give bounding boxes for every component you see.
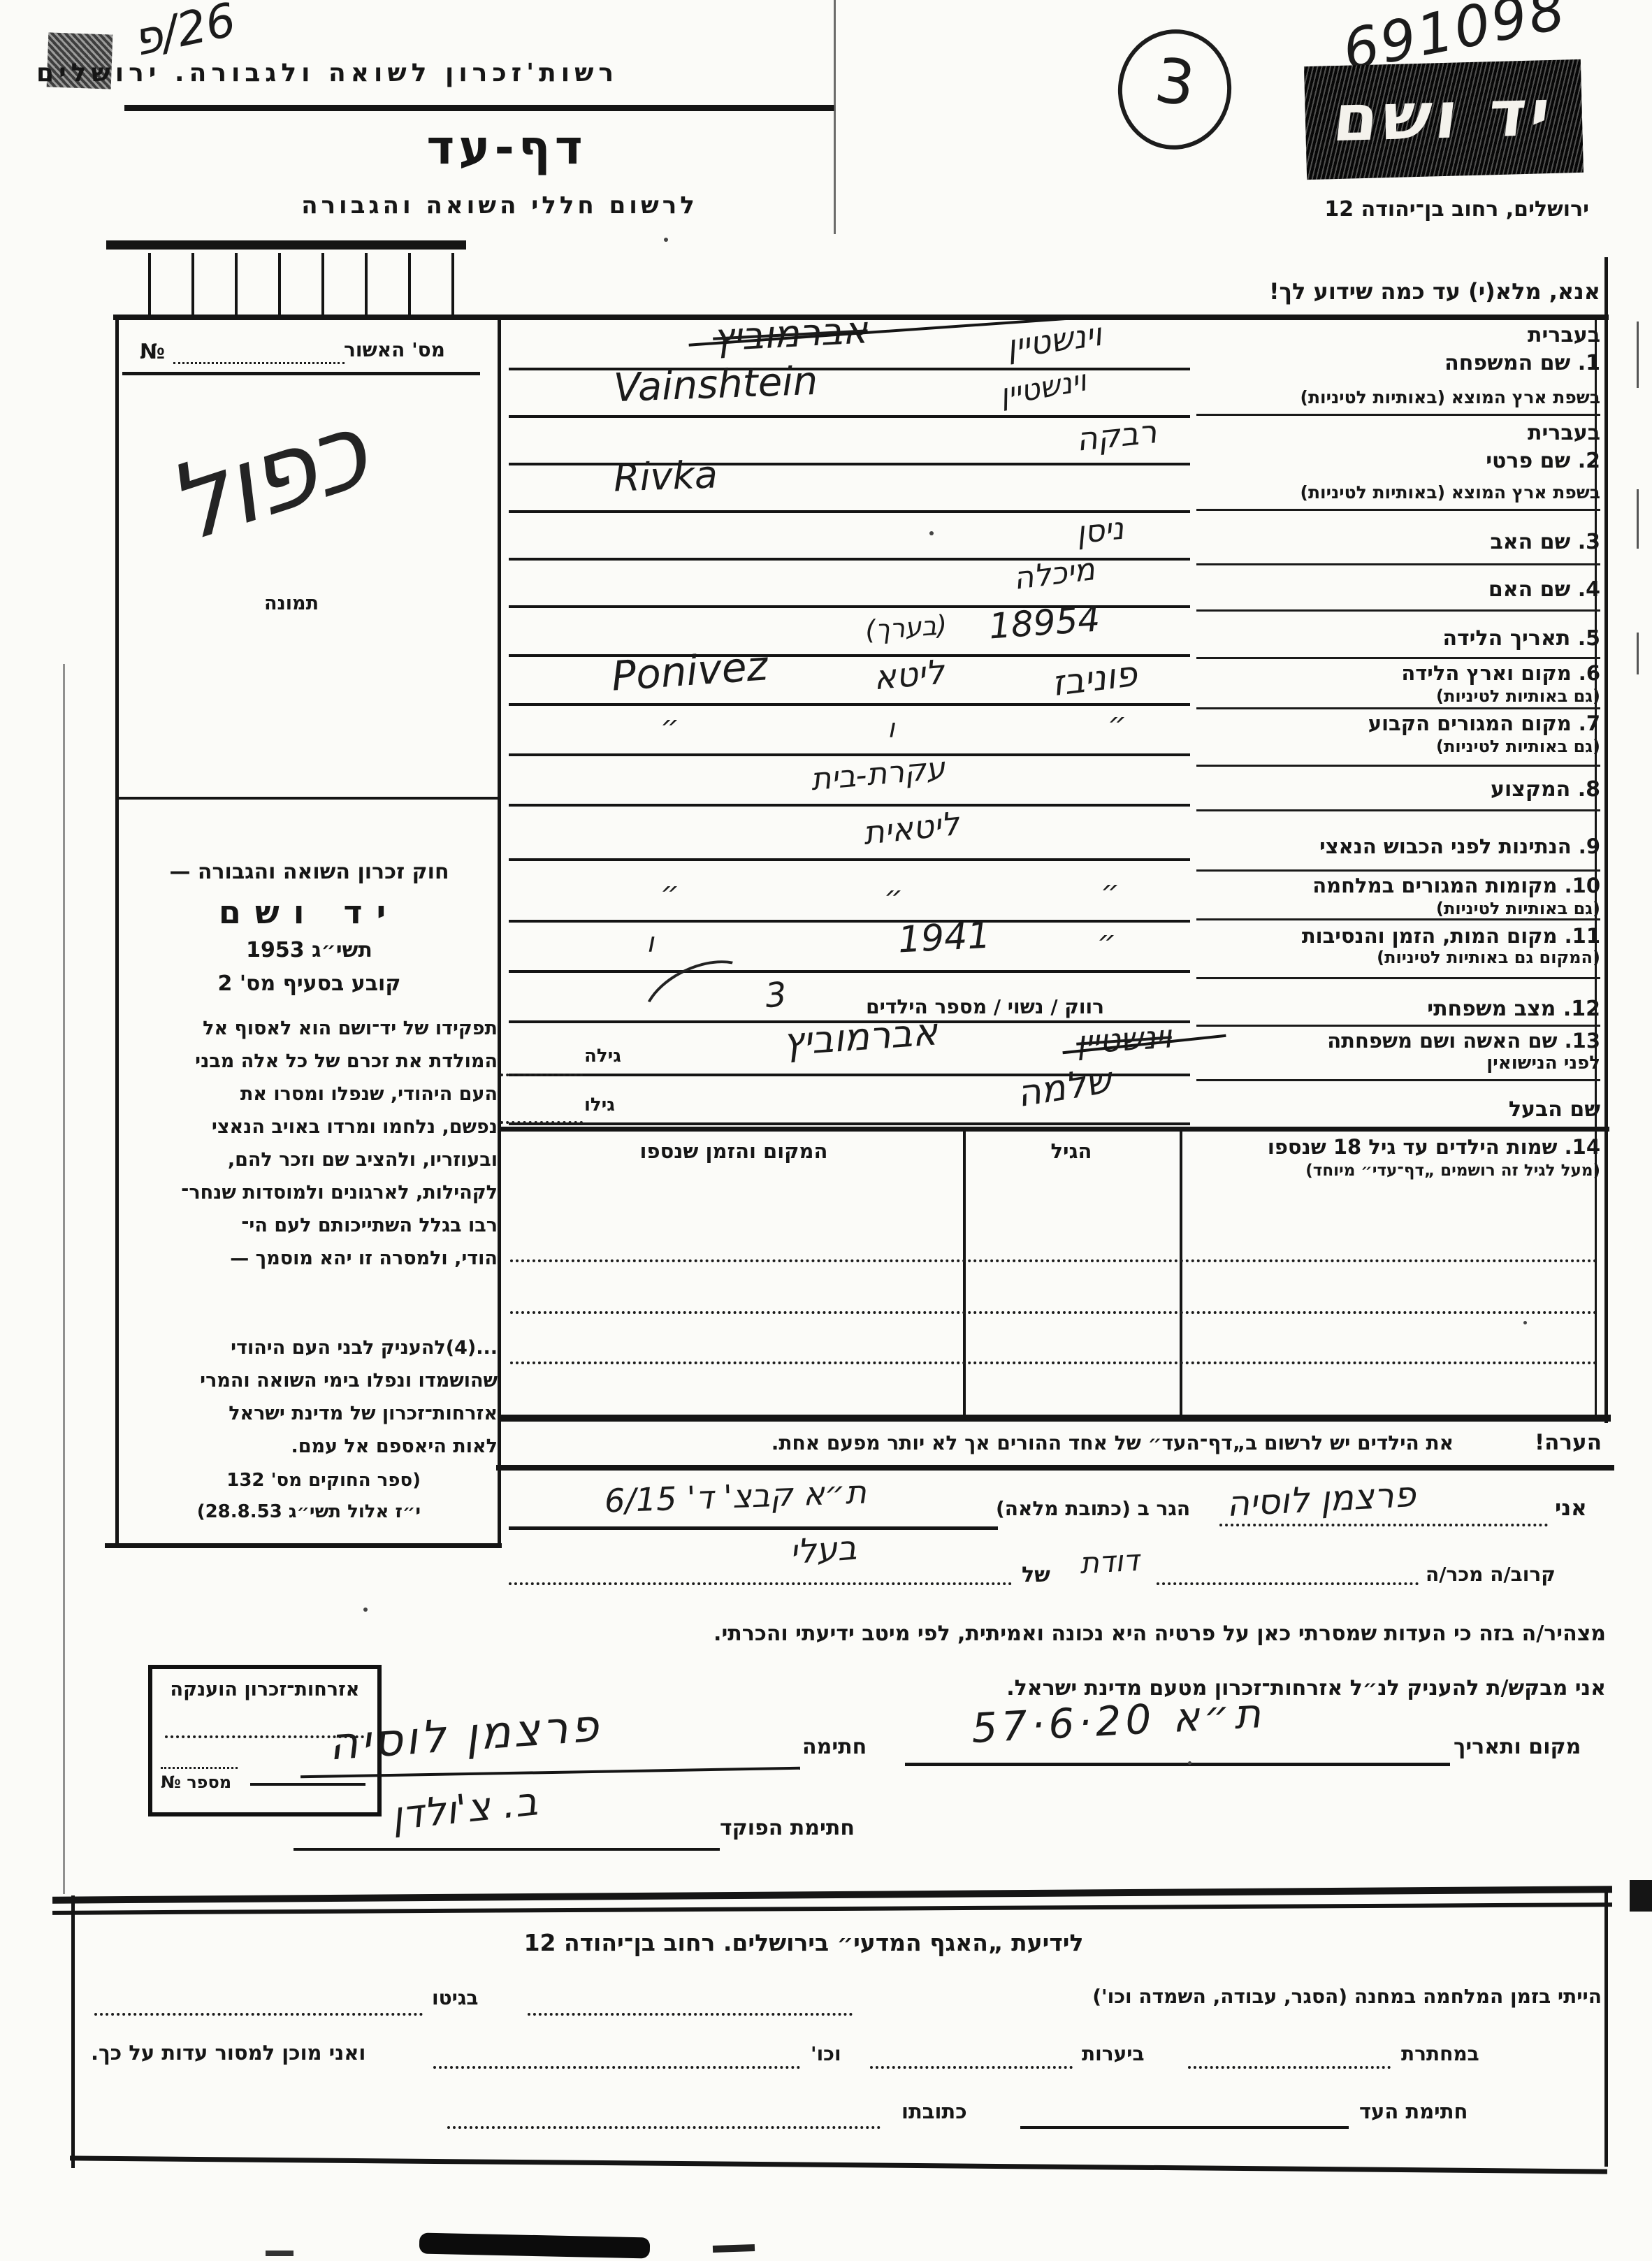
- approval-row-rule: [122, 372, 480, 375]
- scan-speck: [929, 531, 934, 535]
- approval-number-sign: №: [140, 340, 165, 364]
- nationality-handwriting: ליטאית: [862, 804, 961, 852]
- label-rule: [1196, 509, 1600, 511]
- ditto-mark: ״: [660, 875, 679, 909]
- birthplace-hebrew-handwriting: פוניבז: [1050, 653, 1139, 704]
- header-rule: [124, 105, 834, 111]
- scan-blot: [419, 2233, 651, 2259]
- husband-name-label: שם הבעל: [1196, 1097, 1600, 1122]
- etc-fill-line: [433, 2066, 800, 2069]
- surname-hebrew2-handwriting: וינשטיין: [997, 363, 1089, 412]
- law-reference: (ספר החוקים מס' 132 י״ז אלול תשי״ג 28.8.…: [120, 1465, 421, 1528]
- field11-label: 11. מקום המות, הזמן והנסיבות: [1196, 924, 1600, 948]
- answer-line: [509, 1122, 1190, 1125]
- field7-sublabel: (גם באותיות לטיניות): [1196, 737, 1600, 756]
- husband-age-label: גילו: [584, 1095, 615, 1115]
- death-year-handwriting: 1941: [897, 915, 992, 962]
- form-subtitle: לרשום חללי השואה והגבורה: [197, 192, 802, 219]
- field1-lang-note: בעברית: [1196, 323, 1600, 347]
- form-right-border-outer: [1604, 257, 1608, 1423]
- ditto-mark: ו: [887, 713, 894, 744]
- table-col-age-header: הגיל: [968, 1139, 1175, 1163]
- answer-line: [509, 415, 1190, 418]
- of-label: של: [1022, 1563, 1050, 1587]
- clerk-signature-label: חתימת הפוקד: [720, 1816, 855, 1840]
- section-separator2: [52, 1902, 1612, 1915]
- law-name: יד ושם: [122, 893, 496, 931]
- note-title: הערה!: [1468, 1430, 1602, 1455]
- field6-label: 6. מקום וארץ הלידה: [1196, 661, 1600, 685]
- ditto-mark: ״: [1101, 874, 1120, 908]
- label-rule: [1196, 657, 1600, 659]
- birthdate-approx-handwriting: (בערך): [864, 609, 948, 646]
- label-rule: [1196, 609, 1600, 612]
- children-count-handwriting: 3: [764, 975, 788, 1016]
- of-line: [509, 1582, 1012, 1585]
- label-rule: [1196, 414, 1600, 416]
- bottom-box-right-border: [1604, 1887, 1608, 2167]
- sidebar-bottom-rule: [105, 1543, 502, 1548]
- form-title: דף-עד: [391, 120, 622, 175]
- declarant-label: אני: [1555, 1496, 1587, 1521]
- declarant-address-handwriting: ת״א קבצ' ד' 6/15: [604, 1473, 867, 1519]
- scan-speck: [664, 238, 668, 242]
- ditto-mark: ״: [1097, 924, 1116, 958]
- declarant-name-line: [1219, 1524, 1548, 1526]
- firstname-latin-handwriting: Rivka: [613, 452, 718, 500]
- birthdate-handwriting: 18954: [987, 599, 1101, 647]
- field4-label: 4. שם האם: [1196, 577, 1600, 602]
- law-heading: חוק זכרון השואה והגבורה —: [122, 860, 496, 884]
- ditto-mark: ״: [1108, 706, 1126, 740]
- answer-line: [509, 804, 1190, 807]
- label-rule: [1196, 918, 1600, 920]
- table-row-line: [510, 1259, 1597, 1262]
- answer-line: [509, 920, 1190, 923]
- office-address: ירושלים, רחוב בן־יהודה 12: [1301, 197, 1589, 222]
- citizenship-number-dots: [161, 1767, 238, 1769]
- law-body-text: תפקידו של יד־ושם הוא לאסוף אל המולדת את …: [120, 1012, 498, 1275]
- answer-line: [509, 510, 1190, 513]
- declaration-statement2: אני מבקש/ת להעניק לנ״ל אזרחות־זכרון מטעם…: [503, 1676, 1606, 1700]
- field9-label: 9. הנתינות לפני הכבוש הנאצי: [1196, 835, 1600, 858]
- relation-handwriting: דודת: [1079, 1543, 1140, 1580]
- scan-speck: [1188, 1761, 1191, 1765]
- maiden-name-crossed-handwriting: וינשטיין: [1075, 1017, 1173, 1061]
- label-rule: [1196, 1025, 1600, 1027]
- sidebar-divider: [498, 315, 501, 1547]
- field12-label: 12. מצב משפחתי: [1196, 997, 1600, 1021]
- scientific-dept-heading: לידיעת „האגף המדעי״ בירושלים. רחוב בן־יה…: [349, 1929, 1258, 1956]
- bottom-box-left-border: [71, 1895, 75, 2168]
- org-name-line: רשות'זכרון לשואה ולגבורה. ירושלים: [36, 59, 834, 87]
- field11-sublabel: (המקום גם באותיות לטיניות): [1196, 948, 1600, 967]
- scan-edge-line: [63, 664, 65, 1894]
- relative-line: [1157, 1582, 1419, 1585]
- scan-dash: [1637, 322, 1639, 388]
- address-line: [509, 1526, 998, 1530]
- wife-age-label: גילה: [584, 1046, 621, 1067]
- firstname-hebrew-handwriting: רבקה: [1074, 412, 1158, 458]
- photo-area-note-handwriting: כפול: [154, 391, 379, 568]
- ghetto-label: בגיטו: [432, 1986, 478, 2009]
- forests-label: ביערות: [1082, 2042, 1145, 2065]
- ditto-mark: ״: [884, 879, 903, 913]
- witness-address-label: כתובתו: [901, 2100, 967, 2123]
- field10-sublabel: (גם באותיות לטיניות): [1196, 899, 1600, 918]
- left-header-band: [106, 240, 466, 250]
- surname-latin-handwriting: Vainshtein: [613, 359, 818, 411]
- fill-instruction: אנא, מלא(י) עד כמה שידוע לך!: [1181, 278, 1600, 305]
- label-rule: [1196, 707, 1600, 709]
- field1-sublabel: בשפת ארץ המוצא (באותיות לטיניות): [1196, 387, 1600, 407]
- scan-speck: [363, 1608, 368, 1612]
- law-clause: קובע בסעיף מס' 2: [122, 971, 496, 996]
- note-text: את הילדים יש לרשום ב„דף־העד״ של אחד ההור…: [615, 1431, 1454, 1454]
- underground-label: במחתרת: [1401, 2042, 1479, 2065]
- field6-sublabel: (גם באותיות לטיניות): [1196, 686, 1600, 706]
- wife-age-dots: [500, 1074, 583, 1076]
- answer-line: [509, 753, 1190, 756]
- scan-blot: [266, 2251, 294, 2256]
- relative-label: קרוב/ה מכר/ה: [1426, 1563, 1556, 1586]
- field7-label: 7. מקום המגורים הקבוע: [1196, 711, 1600, 735]
- field8-label: 8. המקצוע: [1196, 777, 1600, 802]
- label-rule: [1196, 869, 1600, 872]
- law-body2-text: ...(4)להעניק לבני העם היהודי שהושמדו ונפ…: [120, 1331, 498, 1463]
- field14-label: 14. שמות הילדים עד גיל 18 שנספו: [1196, 1135, 1600, 1159]
- forests-fill-line: [870, 2066, 1073, 2069]
- profession-handwriting: עקרת-בית: [809, 751, 946, 798]
- bottom-box-bottom-border: [70, 2155, 1607, 2174]
- scan-dash: [1637, 633, 1639, 674]
- form-bottom-border: [500, 1415, 1611, 1422]
- relation-of-handwriting: בעלי: [788, 1529, 857, 1573]
- table-divider: [1180, 1127, 1182, 1419]
- field2-sublabel: בשפת ארץ המוצא (באותיות לטיניות): [1196, 482, 1600, 503]
- place-date-line: [905, 1763, 1450, 1766]
- scan-blot: [713, 2244, 755, 2253]
- husband-age-dots: [500, 1121, 583, 1124]
- ditto-mark: ו: [646, 927, 654, 959]
- clerk-signature-line: [294, 1848, 720, 1851]
- signature-label: חתימה: [802, 1735, 867, 1759]
- testimony-page-scan: 26/פ רשות'זכרון לשואה ולגבורה. ירושלים ד…: [0, 0, 1652, 2261]
- underground-fill-line: [1188, 2066, 1391, 2069]
- camps-fill-line: [528, 2013, 853, 2016]
- approval-number-dots: [173, 362, 345, 364]
- yad-vashem-stamp: יד ושם: [1304, 59, 1584, 180]
- table-top-border: [500, 1127, 1609, 1132]
- field2-label: 2. שם פרטי: [1196, 449, 1600, 473]
- answer-line: [509, 368, 1190, 370]
- husband-name-handwriting: שלמה: [1014, 1060, 1114, 1115]
- table-col-place-header: המקום והזמן שנספו: [510, 1139, 957, 1163]
- field14-sublabel: (מעל לגיל זה רושמים „דף־עדי״ מיוחד): [1196, 1162, 1600, 1180]
- answer-line: [509, 463, 1190, 465]
- label-rule: [1196, 1079, 1600, 1081]
- label-rule: [1196, 809, 1600, 811]
- answer-line: [509, 970, 1190, 973]
- field13-sublabel: לפני הנישואין: [1196, 1053, 1600, 1074]
- table-divider: [963, 1127, 966, 1419]
- declaration-statement1: מצהיר/ה בזה כי העדות שמסרתי כאן על פרטיה…: [503, 1621, 1606, 1646]
- witness-signature-label: חתימת העד: [1359, 2100, 1468, 2123]
- note-bottom-rule: [496, 1465, 1614, 1471]
- fold-crease: [834, 0, 836, 234]
- ink-flourish: [630, 944, 769, 1060]
- ghetto-fill-line: [94, 2013, 423, 2016]
- label-rule: [1196, 765, 1600, 767]
- label-rule: [1196, 563, 1600, 565]
- citizenship-box-title: אזרחות־זכרון הוענקה: [152, 1679, 377, 1700]
- citizenship-number-line: [250, 1783, 365, 1786]
- photo-caption: תמונה: [264, 593, 319, 614]
- batch-number-handwriting: 3: [1151, 44, 1200, 121]
- answer-line: [509, 703, 1190, 706]
- field3-label: 3. שם האב: [1196, 530, 1600, 554]
- clerk-signature-handwriting: ב. צ'ולדן: [389, 1779, 539, 1840]
- testify-statement: ואני מוכן למסור עדות על כך.: [91, 2041, 365, 2065]
- field2-lang-note: בעברית: [1196, 421, 1600, 445]
- scan-dash: [1637, 489, 1639, 549]
- witness-signature-line: [1020, 2126, 1349, 2129]
- etc-label: וכו': [811, 2042, 841, 2065]
- table-row-line: [510, 1311, 1597, 1314]
- birthplace-latin-handwriting: Ponivez: [610, 642, 769, 700]
- field5-label: 5. תאריך הלידה: [1196, 626, 1600, 651]
- form-left-border: [115, 315, 119, 1547]
- corner-mark-handwriting: 26/פ: [129, 0, 240, 66]
- witness-address-line: [447, 2126, 881, 2129]
- resides-label: הגר ב (כתובת מלאה): [996, 1497, 1190, 1520]
- answer-line: [509, 858, 1190, 861]
- citizenship-number-label: מספר №: [161, 1772, 231, 1792]
- place-date-label: מקום ותאריך: [1454, 1735, 1581, 1759]
- birthplace-country-handwriting: ליטא: [872, 653, 946, 698]
- declarant-name-handwriting: פרצמן לוסיה: [1226, 1474, 1417, 1524]
- table-row-line: [510, 1361, 1597, 1364]
- field10-label: 10. מקומות המגורים במלחמה: [1196, 874, 1600, 897]
- perforation-comb: [148, 253, 464, 316]
- law-year: תשי״ג 1953: [122, 938, 496, 962]
- label-rule: [1196, 977, 1600, 979]
- photo-bottom-rule: [117, 797, 501, 800]
- camps-line-label: הייתי בזמן המלחמה במחנה (הסגר, עבודה, הש…: [860, 1985, 1602, 2008]
- scan-blot: [1630, 1880, 1652, 1912]
- father-name-handwriting: ניסן: [1075, 511, 1126, 551]
- ditto-mark: ״: [660, 709, 679, 743]
- approval-number-label: מס' האשור: [344, 338, 445, 361]
- field1-label: 1. שם המשפחה: [1196, 351, 1600, 375]
- batch-circle: 3: [1110, 22, 1239, 157]
- section-separator: [52, 1886, 1612, 1904]
- scan-speck: [1523, 1321, 1527, 1324]
- field13-label: 13. שם האשה ושם משפחתה: [1196, 1029, 1600, 1053]
- stamp-text: יד ושם: [1304, 75, 1584, 157]
